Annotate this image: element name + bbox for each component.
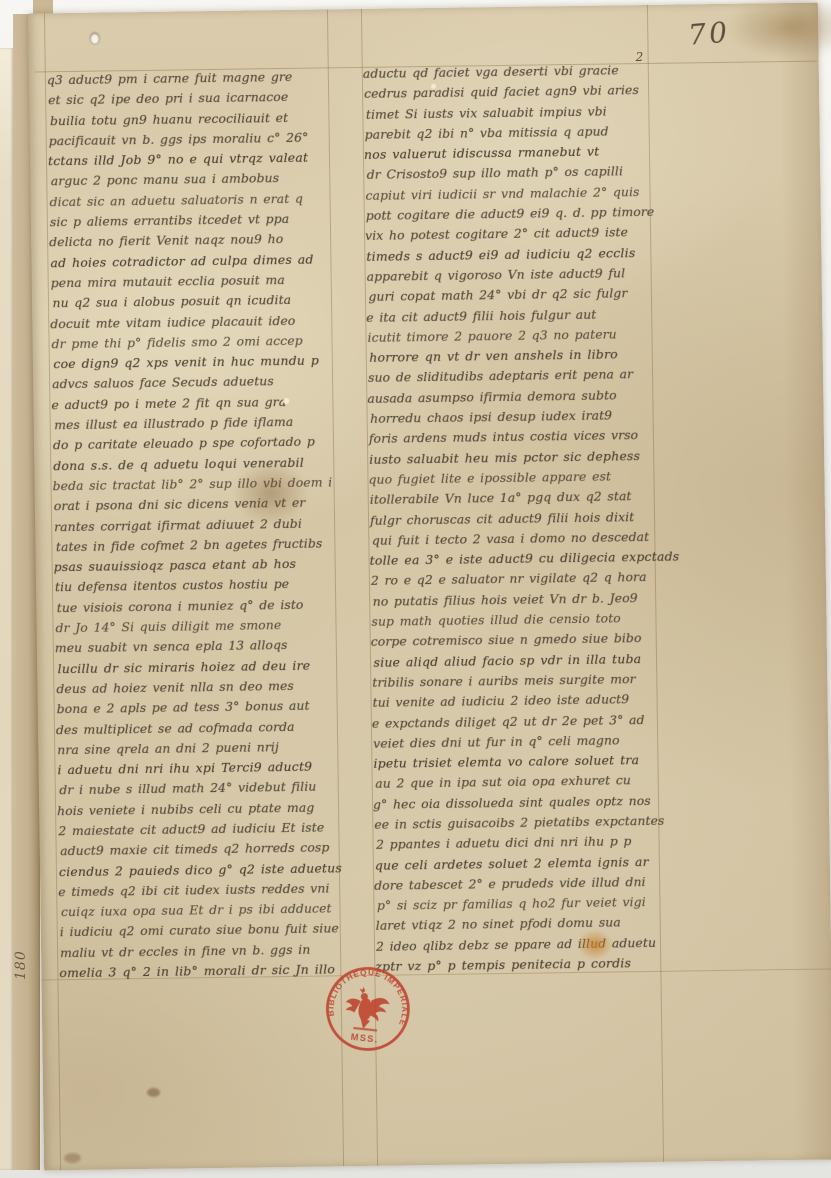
parchment-fleck xyxy=(431,84,436,89)
parchment-fleck xyxy=(283,398,289,404)
margin-foliation-note: 180 xyxy=(14,950,28,980)
manuscript-column-right: aductu qd faciet vga deserti vbi graciec… xyxy=(364,60,665,977)
manuscript-column-left: q3 aduct9 pm i carne fuit magne greet si… xyxy=(48,66,349,983)
manuscript-text-line: omelia 3 q° 2 in lib° morali dr sic Jn i… xyxy=(59,959,347,983)
library-stamp: BIBLIOTHEQUE IMPERIALE MSS. xyxy=(319,960,416,1057)
bottom-spot-stain xyxy=(147,1088,160,1097)
manuscript-photo: 180 70 2 q3 aduct9 pm i carne fuit magne… xyxy=(0,0,831,1178)
manuscript-text-line: zptr vz p° p tempis penitecia p cordis xyxy=(375,953,663,977)
library-stamp-graphic: BIBLIOTHEQUE IMPERIALE MSS. xyxy=(319,960,416,1057)
corner-stain xyxy=(726,0,831,60)
bottom-edge-stain xyxy=(64,1153,81,1163)
wormhole xyxy=(90,33,99,44)
underlying-folio-edge-outer xyxy=(0,48,14,1170)
stamp-ring-text: BIBLIOTHEQUE IMPERIALE xyxy=(325,964,413,1028)
stamp-mss-text: MSS. xyxy=(350,1032,379,1045)
parchment-folio: 70 2 q3 aduct9 pm i carne fuit magne gre… xyxy=(28,3,831,1171)
folio-number: 70 xyxy=(687,18,731,49)
stamp-eagle-icon xyxy=(343,985,391,1033)
